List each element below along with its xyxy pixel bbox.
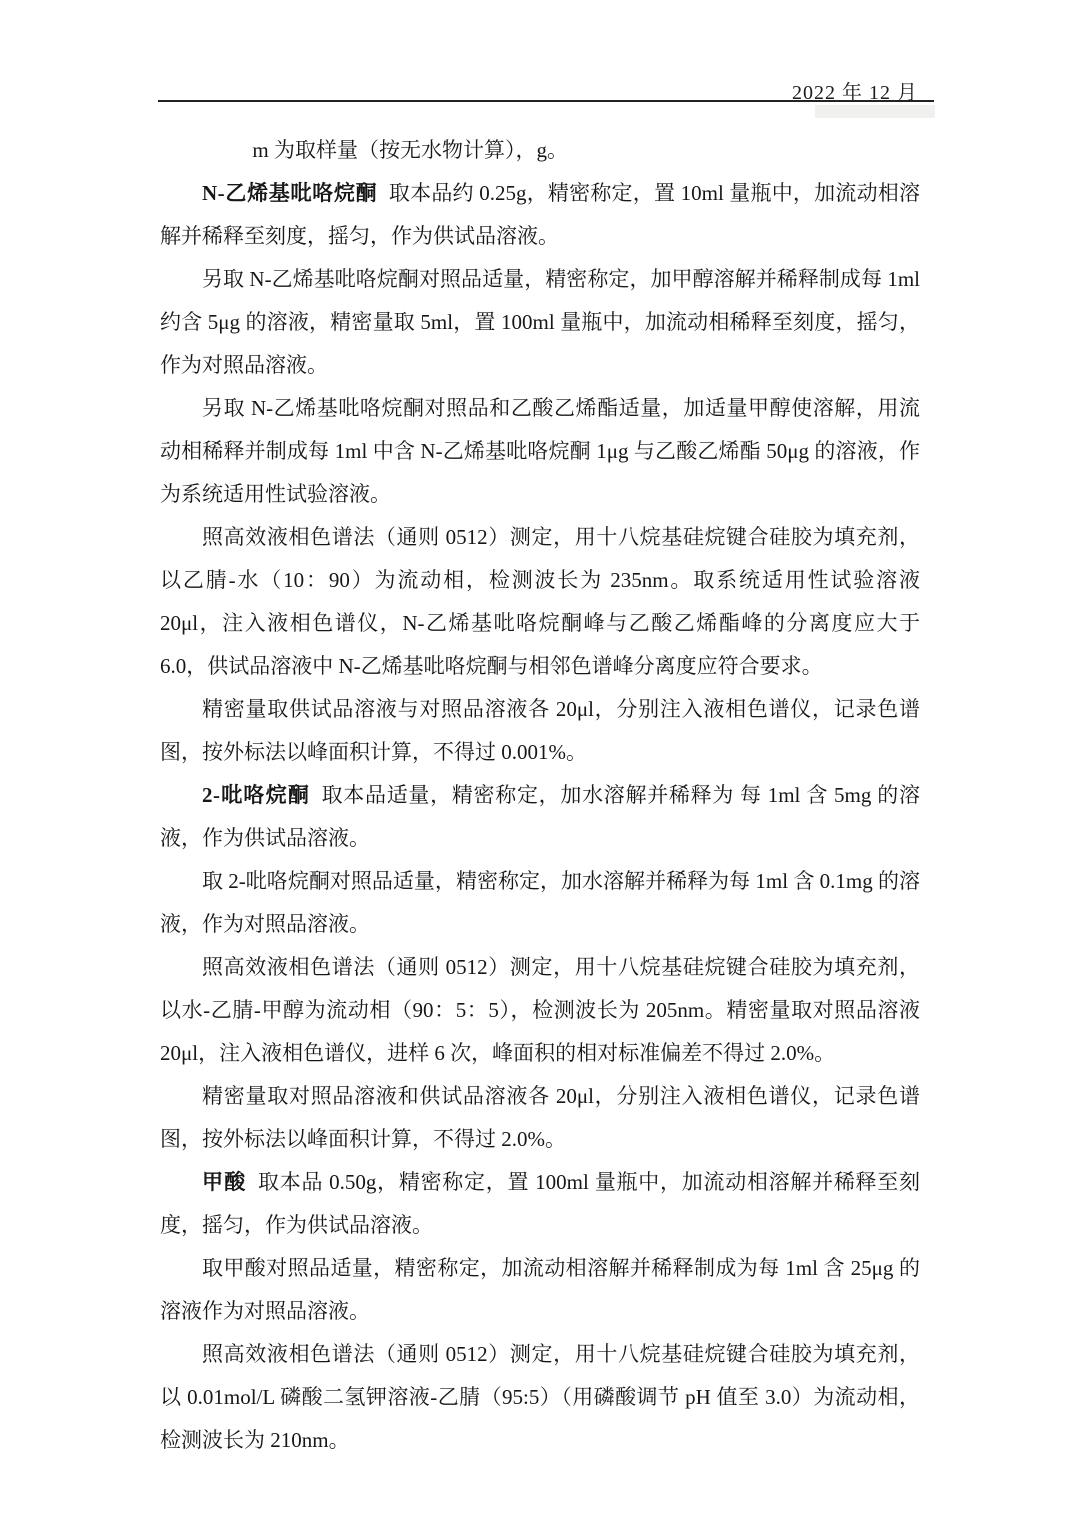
paragraph: 精密量取供试品溶液与对照品溶液各 20μl，分别注入液相色谱仪，记录色谱图，按外… bbox=[160, 688, 920, 774]
paragraph: 另取 N-乙烯基吡咯烷酮对照品适量，精密称定，加甲醇溶解并稀释制成每 1ml 约… bbox=[160, 258, 920, 387]
paragraph: 精密量取对照品溶液和供试品溶液各 20μl，分别注入液相色谱仪，记录色谱图，按外… bbox=[160, 1075, 920, 1161]
document-page: 2022 年 12 月 m 为取样量（按无水物计算），g。N-乙烯基吡咯烷酮取本… bbox=[0, 0, 1080, 1527]
paragraph: 取甲酸对照品适量，精密称定，加流动相溶解并稀释制成为每 1ml 含 25μg 的… bbox=[160, 1247, 920, 1333]
paragraph: 另取 N-乙烯基吡咯烷酮对照品和乙酸乙烯酯适量，加适量甲醇使溶解，用流动相稀释并… bbox=[160, 387, 920, 516]
document-body: m 为取样量（按无水物计算），g。N-乙烯基吡咯烷酮取本品约 0.25g，精密称… bbox=[160, 129, 920, 1462]
paragraph: 照高效液相色谱法（通则 0512）测定，用十八烷基硅烷键合硅胶为填充剂，以 0.… bbox=[160, 1333, 920, 1462]
section-paragraph: 2-吡咯烷酮取本品适量，精密称定，加水溶解并稀释为 每 1ml 含 5mg 的溶… bbox=[160, 774, 920, 860]
section-paragraph: 甲酸取本品 0.50g，精密称定，置 100ml 量瓶中，加流动相溶解并稀释至刻… bbox=[160, 1161, 920, 1247]
section-heading: N-乙烯基吡咯烷酮 bbox=[202, 181, 377, 205]
header-highlight-artifact bbox=[815, 105, 935, 118]
paragraph: 照高效液相色谱法（通则 0512）测定，用十八烷基硅烷键合硅胶为填充剂，以乙腈-… bbox=[160, 516, 920, 688]
header-rule bbox=[158, 100, 934, 102]
paragraph: m 为取样量（按无水物计算），g。 bbox=[160, 129, 920, 172]
paragraph: 取 2-吡咯烷酮对照品适量，精密称定，加水溶解并稀释为每 1ml 含 0.1mg… bbox=[160, 860, 920, 946]
paragraph: 照高效液相色谱法（通则 0512）测定，用十八烷基硅烷键合硅胶为填充剂，以水-乙… bbox=[160, 946, 920, 1075]
section-paragraph: N-乙烯基吡咯烷酮取本品约 0.25g，精密称定，置 10ml 量瓶中，加流动相… bbox=[160, 172, 920, 258]
section-heading: 甲酸 bbox=[202, 1170, 246, 1194]
section-heading: 2-吡咯烷酮 bbox=[202, 783, 310, 807]
